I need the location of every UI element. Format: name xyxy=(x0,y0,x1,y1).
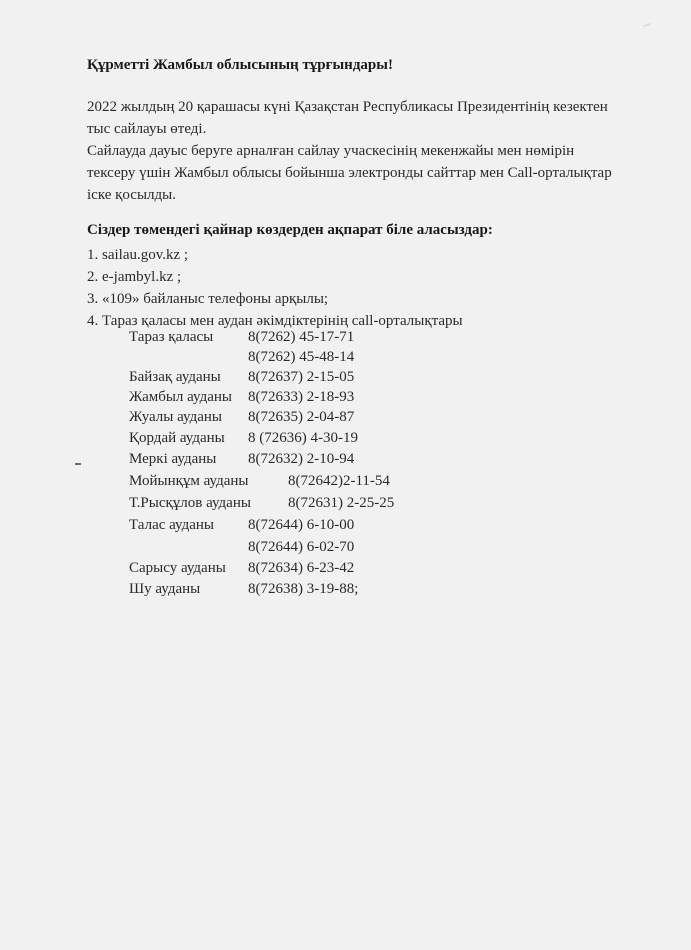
district-name: Жамбыл ауданы xyxy=(129,386,232,408)
district-name: Меркі ауданы xyxy=(129,448,216,470)
intro-text: 2022 жылдың 20 қарашасы күні Қазақстан Р… xyxy=(87,96,617,206)
source-item: 2. e-jambyl.kz ; xyxy=(87,266,463,288)
sources-heading: Сіздер төмендегі қайнар көздерден ақпара… xyxy=(87,222,493,239)
district-name: Байзақ ауданы xyxy=(129,366,221,388)
source-item: 1. sailau.gov.kz ; xyxy=(87,244,463,266)
scanned-document-page: Құрметті Жамбыл облысының тұрғындары! 20… xyxy=(0,0,691,950)
phone-number: 8(72634) 6-23-42 xyxy=(248,557,354,579)
phone-number: 8(72638) 3-19-88; xyxy=(248,578,358,600)
phone-number: 8(72644) 6-02-70 xyxy=(248,536,354,558)
document-title: Құрметті Жамбыл облысының тұрғындары! xyxy=(87,57,393,74)
phone-number: 8(72644) 6-10-00 xyxy=(248,514,354,536)
phone-number: 8 (72636) 4-30-19 xyxy=(248,427,358,449)
phone-number: 8(72637) 2-15-05 xyxy=(248,366,354,388)
scan-artifact xyxy=(643,23,651,28)
paragraph-call-centers: Сайлауда дауыс беруге арналған сайлау уч… xyxy=(87,140,617,206)
district-name: Шу ауданы xyxy=(129,578,200,600)
paragraph-election-date: 2022 жылдың 20 қарашасы күні Қазақстан Р… xyxy=(87,96,617,140)
phone-number: 8(72632) 2-10-94 xyxy=(248,448,354,470)
district-name: Жуалы ауданы xyxy=(129,406,222,428)
phone-number: 8(72633) 2-18-93 xyxy=(248,386,354,408)
scan-artifact xyxy=(75,463,81,465)
district-name: Тараз қаласы xyxy=(129,326,213,348)
district-name: Қордай ауданы xyxy=(129,427,225,449)
sources-list: 1. sailau.gov.kz ; 2. e-jambyl.kz ; 3. «… xyxy=(87,244,463,332)
source-item: 3. «109» байланыс телефоны арқылы; xyxy=(87,288,463,310)
district-name: Мойынқұм ауданы xyxy=(129,470,248,492)
phone-number: 8(72631) 2-25-25 xyxy=(288,492,394,514)
district-name: Т.Рысқұлов ауданы xyxy=(129,492,251,514)
phone-number: 8(7262) 45-48-14 xyxy=(248,346,354,368)
district-name: Талас ауданы xyxy=(129,514,214,536)
phone-number: 8(7262) 45-17-71 xyxy=(248,326,354,348)
phone-number: 8(72635) 2-04-87 xyxy=(248,406,354,428)
district-name: Сарысу ауданы xyxy=(129,557,226,579)
phone-number: 8(72642)2-11-54 xyxy=(288,470,390,492)
